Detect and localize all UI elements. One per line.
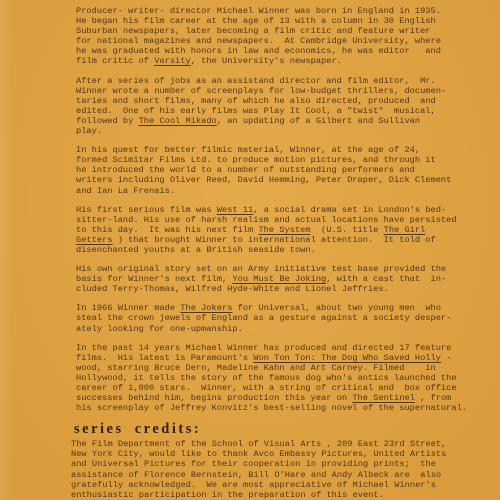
underlined-film-title: You Must Be Joking [232,274,326,284]
para-recent-films: In the past 14 years Michael Winner has … [76,343,474,414]
para-early-career: After a series of jobs as an assistand d… [76,76,474,137]
para-series-credits: The Film Department of the School of Vis… [71,439,474,500]
document-text: Producer- writer- director Michael Winne… [76,6,474,500]
underlined-film-title: The Cool Mikado [139,116,217,126]
para-west-11: His first serious film was West 11, a so… [76,205,474,255]
underlined-film-title: The System [258,225,310,235]
underlined-film-title: Won Ton Ton: The Dog Who Saved Holly [253,353,441,363]
underlined-film-title: The Girl [384,225,426,235]
para-the-jokers: In 1966 Winner made The Jokers for Unive… [76,303,474,333]
underlined-film-title: The Sentinel [352,393,415,403]
underlined-film-title: Getters [76,235,113,245]
para-biography-intro: Producer- writer- director Michael Winne… [76,6,474,67]
underlined-film-title: The Jokers [180,303,232,313]
para-scimitar-films: In his quest for better filmic material,… [76,145,474,195]
para-you-must-be-joking: His own original story set on an Army in… [76,264,474,294]
underlined-film-title: Varsity [154,56,191,66]
heading-series-credits: series credits: [74,422,474,437]
document-page: Producer- writer- director Michael Winne… [0,0,500,500]
underlined-film-title: West 11 [217,205,254,215]
